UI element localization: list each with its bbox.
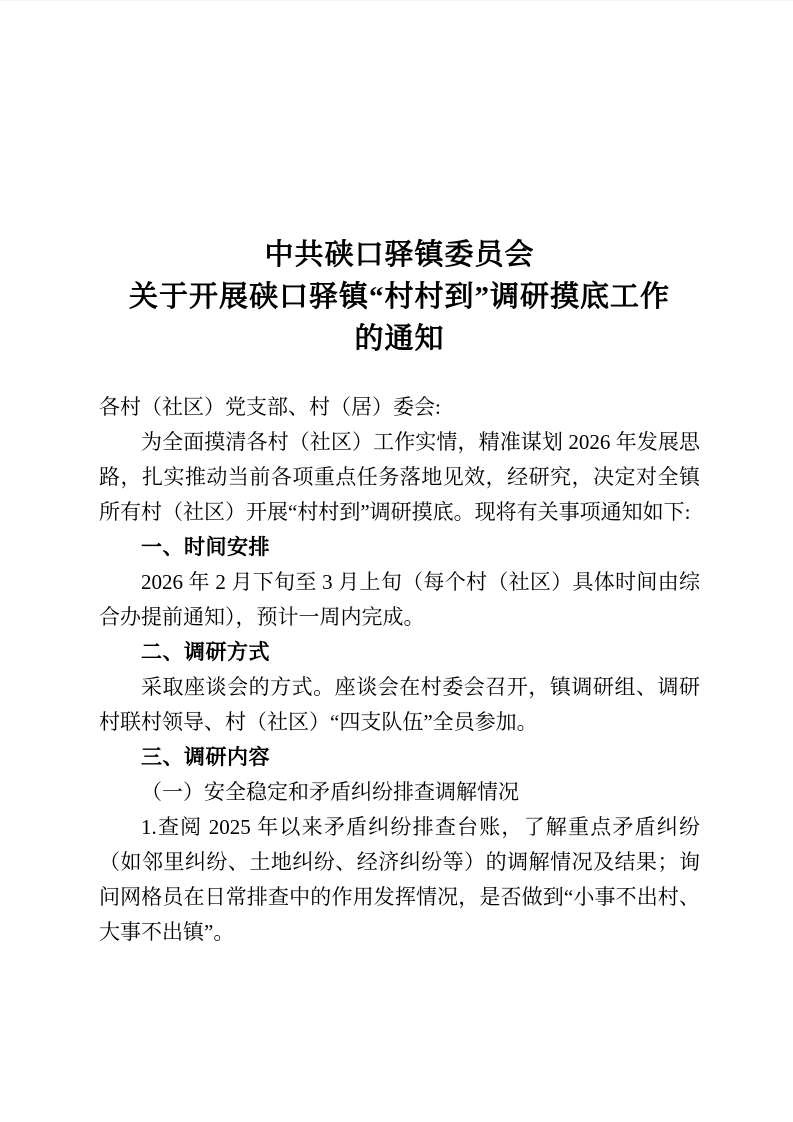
section-3-subheading: （一）安全稳定和矛盾纠纷排查调解情况 [99, 775, 700, 810]
title-line-1: 中共硖口驿镇委员会 [99, 234, 700, 276]
section-1-heading: 一、时间安排 [99, 530, 700, 565]
document-title: 中共硖口驿镇委员会 关于开展硖口驿镇“村村到”调研摸底工作 的通知 [99, 234, 700, 360]
title-line-3: 的通知 [99, 318, 700, 360]
section-1-paragraph: 2026 年 2 月下旬至 3 月上旬（每个村（社区）具体时间由综合办提前通知）… [99, 565, 700, 635]
document-body: 各村（社区）党支部、村（居）委会: 为全面摸清各村（社区）工作实情，精准谋划 2… [99, 390, 700, 950]
section-3-paragraph: 1.查阅 2025 年以来矛盾纠纷排查台账，了解重点矛盾纠纷（如邻里纠纷、土地纠… [99, 810, 700, 950]
document-page: 中共硖口驿镇委员会 关于开展硖口驿镇“村村到”调研摸底工作 的通知 各村（社区）… [0, 0, 793, 1122]
intro-paragraph: 为全面摸清各村（社区）工作实情，精准谋划 2026 年发展思路，扎实推动当前各项… [99, 425, 700, 530]
salutation: 各村（社区）党支部、村（居）委会: [99, 390, 700, 425]
title-line-2: 关于开展硖口驿镇“村村到”调研摸底工作 [99, 276, 700, 318]
section-2-heading: 二、调研方式 [99, 635, 700, 670]
section-2-paragraph: 采取座谈会的方式。座谈会在村委会召开，镇调研组、调研村联村领导、村（社区）“四支… [99, 670, 700, 740]
section-3-heading: 三、调研内容 [99, 740, 700, 775]
